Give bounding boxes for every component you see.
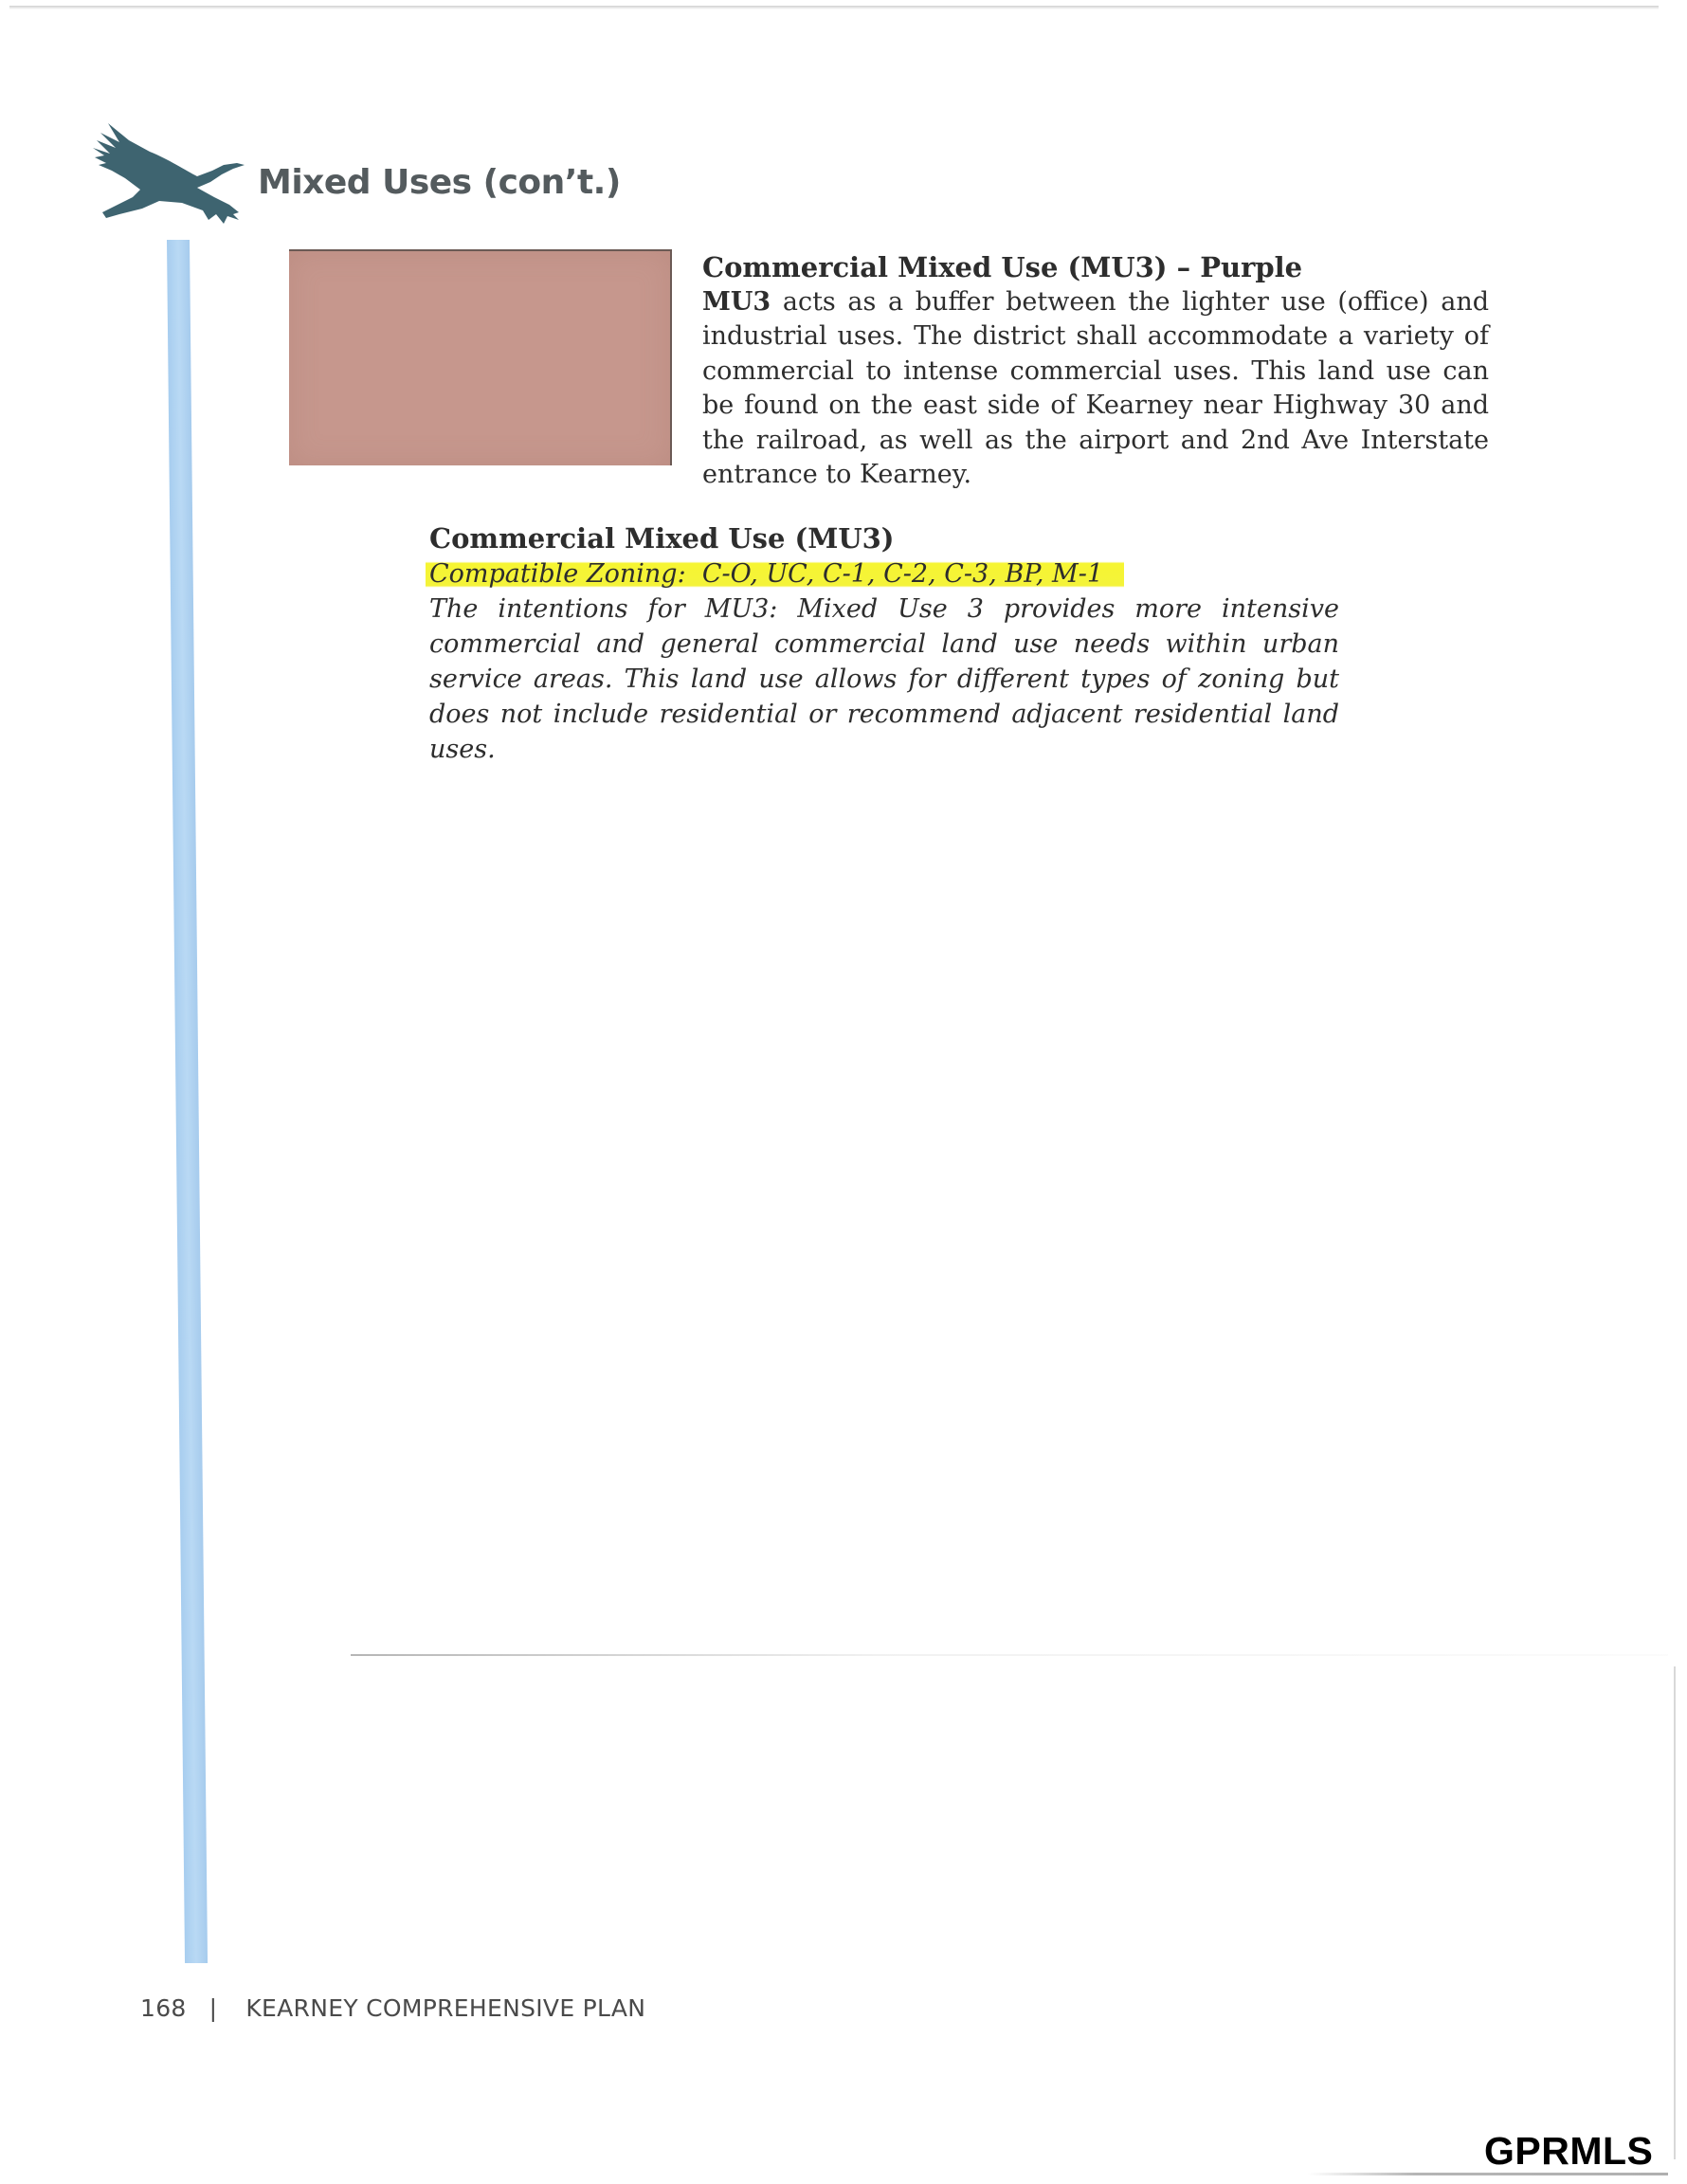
compatible-zoning-label: Compatible Zoning: (429, 559, 686, 589)
legend-entry: Commercial Mixed Use (MU3) – Purple MU3 … (702, 250, 1489, 493)
watermark-rule (1308, 2173, 1668, 2175)
crane-silhouette-icon (91, 121, 245, 226)
scan-edge-top (9, 6, 1659, 9)
legend-entry-lead: MU3 (702, 287, 771, 317)
compatible-zoning-values: C-O, UC, C-1, C-2, C-3, BP, M-1 (702, 559, 1103, 589)
watermark: GPRMLS (1484, 2129, 1653, 2174)
footer-separator: | (209, 1994, 218, 2022)
zoning-section-title: Commercial Mixed Use (MU3) (429, 521, 1339, 556)
scan-fold-line (351, 1654, 1668, 1656)
zoning-intent: The intentions for MU3: Mixed Use 3 prov… (429, 591, 1339, 767)
page-footer: 168|KEARNEY COMPREHENSIVE PLAN (140, 1994, 645, 2022)
document-title: KEARNEY COMPREHENSIVE PLAN (245, 1994, 645, 2022)
legend-entry-text: acts as a buffer between the lighter use… (702, 287, 1489, 490)
zoning-section: Commercial Mixed Use (MU3) Compatible Zo… (429, 521, 1339, 767)
section-heading: Mixed Uses (con’t.) (258, 163, 621, 202)
side-accent-bar (167, 240, 208, 1963)
compatible-zoning-line: Compatible Zoning: C-O, UC, C-1, C-2, C-… (429, 556, 1339, 591)
land-use-color-swatch (289, 249, 672, 465)
legend-entry-title: Commercial Mixed Use (MU3) – Purple (702, 250, 1489, 285)
legend-entry-description: MU3 acts as a buffer between the lighter… (702, 285, 1489, 493)
page-number: 168 (140, 1994, 187, 2022)
highlighted-zoning: Compatible Zoning: C-O, UC, C-1, C-2, C-… (426, 559, 1124, 589)
scan-edge-right (1674, 1666, 1676, 2159)
